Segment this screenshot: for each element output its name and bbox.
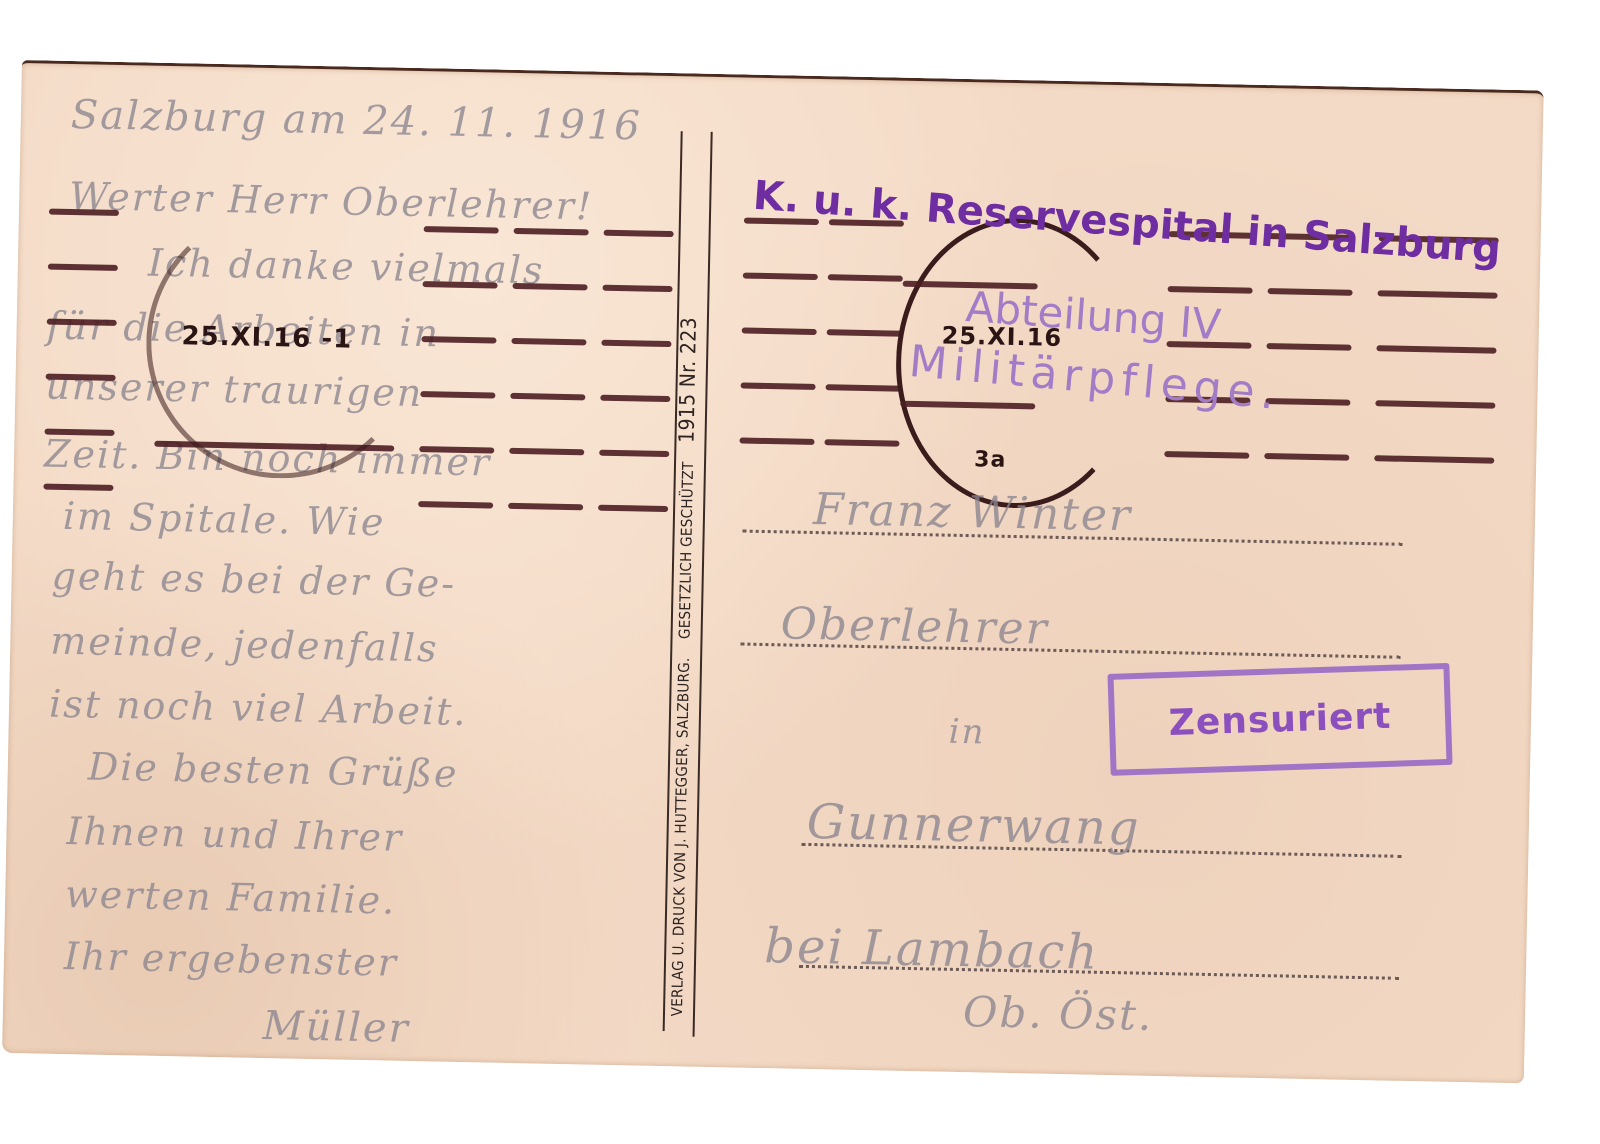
- postmark-left: 25.XI.16 -1: [22, 63, 1544, 94]
- censor-stamp: Zensuriert: [1107, 663, 1452, 776]
- address-preposition: in: [948, 712, 986, 753]
- postmark-right: 25.XI.16 3a: [22, 63, 1544, 94]
- message-line: werten Familie.: [65, 872, 397, 923]
- imprint-publisher: VERLAG U. DRUCK VON J. HUTTEGGER, SALZBU…: [668, 657, 693, 1016]
- imprint-protection: GESETZLICH GESCHÜTZT: [676, 461, 698, 639]
- message-line: Ihr ergebenster: [64, 934, 399, 985]
- message-line: Die besten Grüße: [87, 744, 458, 795]
- hospital-stamp-line1: K. u. k. Reservespital in Salzburg: [752, 173, 1503, 273]
- cancellation-bars-right: [22, 63, 1544, 94]
- message-line: geht es bei der Ge-: [51, 554, 456, 606]
- postcard: Salzburg am 24. 11. 1916 Werter Herr Obe…: [2, 60, 1544, 1083]
- imprint-series: 1915 Nr. 223: [674, 317, 701, 443]
- cancellation-bars-left: [22, 63, 1544, 94]
- postmark-right-office: 3a: [974, 447, 1007, 473]
- message-place-date: Salzburg am 24. 11. 1916: [70, 92, 642, 149]
- address-region: Ob. Öst.: [963, 987, 1154, 1040]
- address-name: Franz Winter: [813, 484, 1133, 541]
- censor-stamp-label: Zensuriert: [1168, 695, 1392, 743]
- message-line: meinde, jedenfalls: [50, 619, 439, 671]
- address-near: bei Lambach: [764, 918, 1100, 981]
- message-signature: Müller: [262, 1003, 410, 1052]
- message-line: Ihnen und Ihrer: [66, 809, 403, 860]
- address-title: Oberlehrer: [780, 598, 1049, 654]
- postmark-left-date: 25.XI.16 -1: [181, 321, 352, 354]
- message-line: ist noch viel Arbeit.: [49, 682, 468, 734]
- address-town: Gunnerwang: [806, 794, 1141, 857]
- message-line: im Spitale. Wie: [62, 494, 385, 544]
